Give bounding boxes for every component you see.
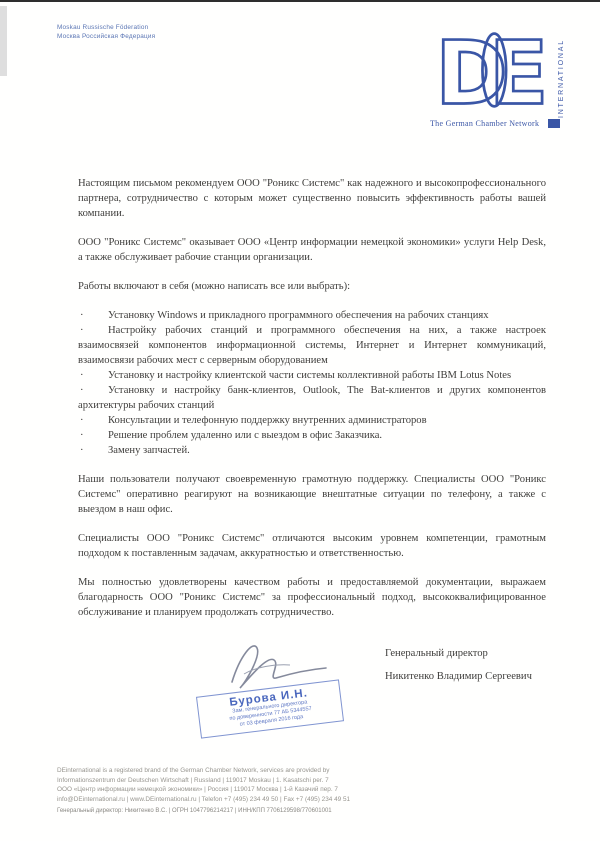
paragraph: Настоящим письмом рекомендуем ООО "Роник… [78, 176, 546, 221]
list-item-text: Установку и настройку банк-клиентов, Out… [78, 385, 546, 411]
paragraph: Наши пользователи получают своевременную… [78, 472, 546, 517]
footer-line: Informationszentrum der Deutschen Wirtsc… [57, 776, 547, 786]
list-bullet: · [80, 383, 84, 398]
paragraph: ООО "Роникс Системс" оказывает ООО «Цент… [78, 235, 546, 265]
list-item-text: Решение проблем удаленно или с выездом в… [108, 430, 382, 441]
list-item: · Установку Windows и прикладного програ… [78, 308, 546, 323]
de-international-logo: D E INTERNATIONAL The German Chamber Net… [430, 22, 590, 134]
list-item: · Решение проблем удаленно или с выездом… [78, 428, 546, 443]
list-item-text: Установку Windows и прикладного программ… [108, 310, 489, 321]
paragraph: Мы полностью удовлетворены качеством раб… [78, 575, 546, 620]
logo-tagline-row: The German Chamber Network [430, 119, 580, 128]
signatory-name: Никитенко Владимир Сергеевич [385, 671, 532, 682]
list-item: · Консультации и телефонную поддержку вн… [78, 413, 546, 428]
deputy-director-stamp: Бурова И.Н. Зам. генерального директора … [196, 679, 344, 738]
list-item-text: Настройку рабочих станций и программного… [78, 325, 546, 366]
footer-line: DEinternational is a registered brand of… [57, 766, 547, 776]
logo-vertical-label: INTERNATIONAL [558, 26, 565, 118]
list-bullet: · [80, 308, 84, 323]
logo-tagline: The German Chamber Network [430, 119, 539, 128]
address-line-ru: Москва Российская Федерация [57, 33, 155, 42]
footer-contacts: info@DEinternational.ru | www.DEinternat… [57, 795, 547, 805]
footer-registration: Генеральный директор: Никитенко В.С. | О… [57, 807, 547, 817]
letter-body: Настоящим письмом рекомендуем ООО "Роник… [78, 176, 546, 634]
list-item: · Замену запчастей. [78, 443, 546, 458]
list-bullet: · [80, 323, 84, 338]
list-item-text: Установку и настройку клиентской части с… [108, 370, 511, 381]
scan-edge-left [0, 6, 7, 76]
list-bullet: · [80, 413, 84, 428]
paragraph: Специалисты ООО "Роникс Системс" отличаю… [78, 531, 546, 561]
logo-square-icon [548, 119, 560, 128]
svg-text:E: E [489, 24, 549, 116]
sender-address: Moskau Russische Föderation Москва Росси… [57, 24, 155, 41]
de-monogram-icon: D E [437, 24, 557, 116]
list-intro: Работы включают в себя (можно написать в… [78, 279, 546, 294]
list-bullet: · [80, 428, 84, 443]
list-item: · Настройку рабочих станций и программно… [78, 323, 546, 368]
list-bullet: · [80, 368, 84, 383]
scan-edge-top [0, 0, 600, 2]
signatory-title: Генеральный директор [385, 648, 532, 659]
signatory-block: Генеральный директор Никитенко Владимир … [385, 648, 532, 682]
letterhead-footer: DEinternational is a registered brand of… [57, 766, 547, 817]
letter-page: Moskau Russische Föderation Москва Росси… [0, 0, 600, 841]
address-line-de: Moskau Russische Föderation [57, 24, 155, 33]
list-bullet: · [80, 443, 84, 458]
services-list: · Установку Windows и прикладного програ… [78, 308, 546, 458]
list-item-text: Консультации и телефонную поддержку внут… [108, 415, 427, 426]
list-item: · Установку и настройку клиентской части… [78, 368, 546, 383]
footer-line: ООО «Центр информации немецкой экономики… [57, 785, 547, 795]
list-item: · Установку и настройку банк-клиентов, O… [78, 383, 546, 413]
list-item-text: Замену запчастей. [108, 445, 190, 456]
